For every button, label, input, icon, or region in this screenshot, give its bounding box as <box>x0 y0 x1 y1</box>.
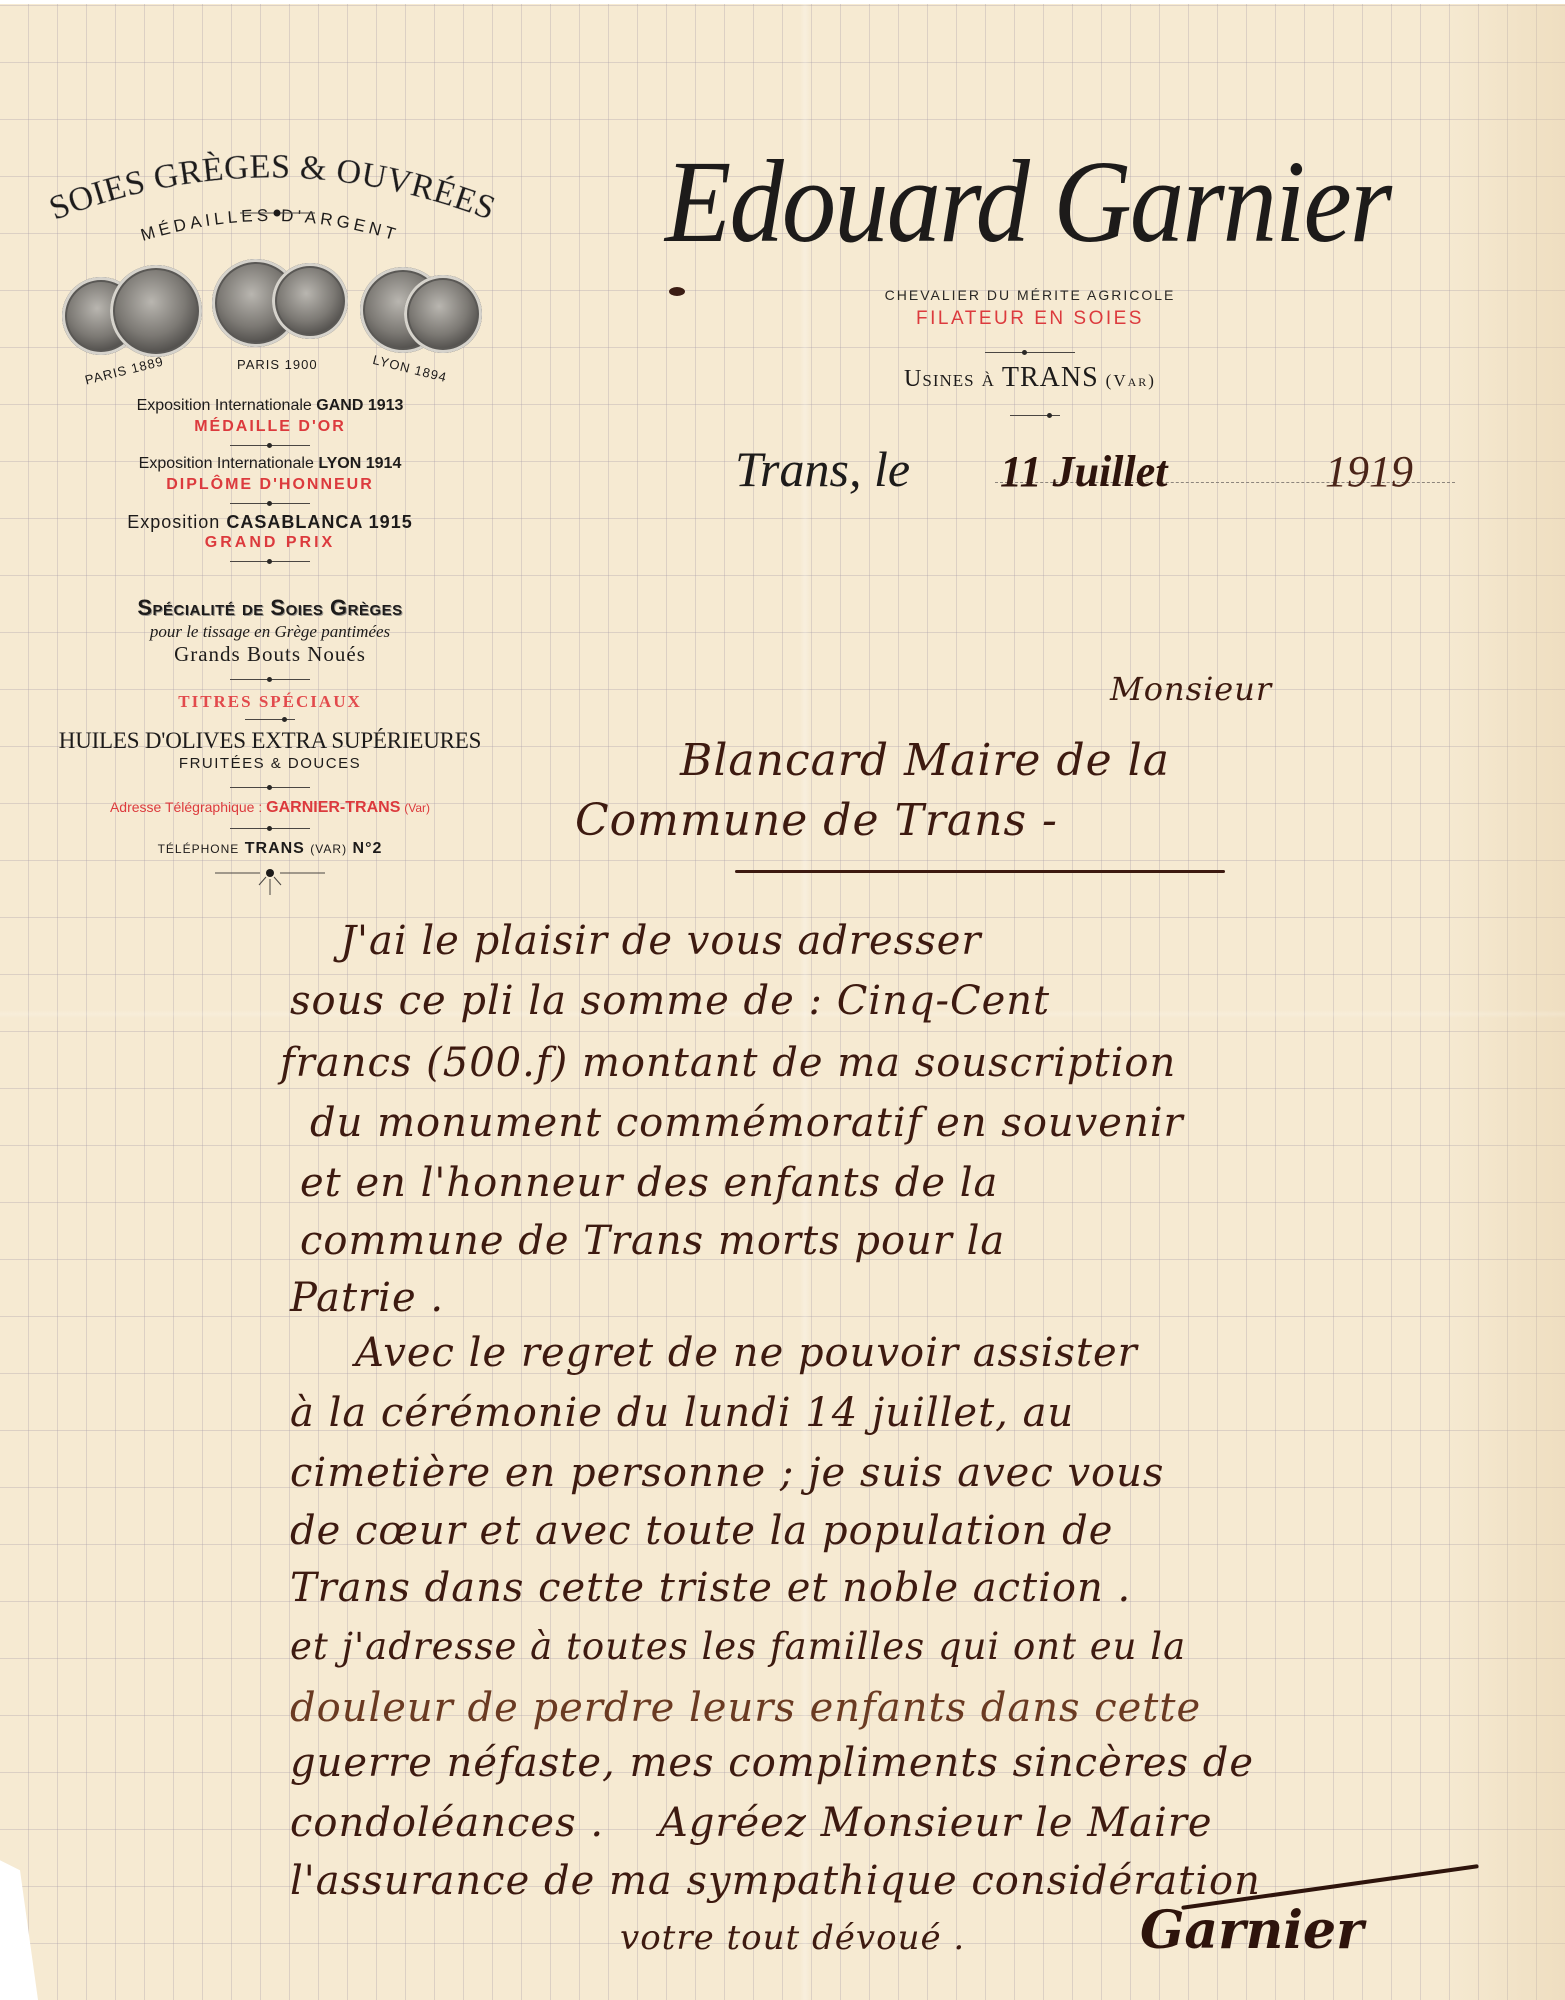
factory-region: (Var) <box>1106 371 1156 390</box>
telephone-label: Téléphone <box>158 842 240 856</box>
divider-ornament <box>245 716 295 724</box>
divider-ornament <box>230 500 310 508</box>
body-line: condoléances . Agréez Monsieur le Maire <box>290 1800 1213 1846</box>
body-line: guerre néfaste, mes compliments sincères… <box>290 1740 1254 1786</box>
divider-ornament <box>230 784 310 792</box>
brand-name-script: Edouard Garnier <box>665 112 1392 292</box>
specialty-title: Spécialité de Soies Grèges <box>40 594 500 622</box>
divider-ornament <box>985 349 1075 357</box>
award-medaille-dor: MÉDAILLE D'OR <box>40 416 500 438</box>
expo-prefix: Exposition Internationale <box>137 397 312 414</box>
expo-place-year: LYON 1914 <box>318 455 401 472</box>
honor-title: CHEVALIER DU MÉRITE AGRICOLE <box>780 287 1280 303</box>
separator-stroke <box>735 870 1225 873</box>
telephone-line: Téléphone TRANS (Var) N°2 <box>40 839 500 859</box>
date-place-printed: Trans, le <box>735 440 910 498</box>
date-year: 1919 <box>1325 446 1413 497</box>
factory-prefix: Usines à <box>904 366 995 392</box>
expo-prefix: Exposition Internationale <box>139 455 314 472</box>
titres-speciaux: TITRES SPÉCIAUX <box>40 692 500 712</box>
telephone-town: TRANS <box>245 840 305 857</box>
telegraph-label: Adresse Télégraphique : <box>110 799 262 815</box>
profession-title: FILATEUR EN SOIES <box>780 308 1280 330</box>
body-line: Avec le regret de ne pouvoir assister <box>355 1330 1138 1376</box>
svg-text:MÉDAILLES D'ARGENT: MÉDAILLES D'ARGENT <box>139 206 402 245</box>
recipient-line-2: Commune de Trans - <box>575 795 1058 846</box>
letterhead-arc-title: SOIES GRÈGES & OUVRÉES MÉDAILLES D'ARGEN… <box>40 145 500 255</box>
factory-location: Usines à TRANS (Var) <box>780 362 1280 394</box>
telegraph-value: GARNIER-TRANS <box>266 799 400 816</box>
telephone-region: (Var) <box>310 842 347 856</box>
medal-icon <box>272 263 348 339</box>
award-grand-prix: GRAND PRIX <box>40 532 500 554</box>
date-line: Trans, le 11 Juillet 1919 <box>735 440 1455 510</box>
divider-ornament <box>230 442 310 450</box>
medal-label-paris-1900: PARIS 1900 <box>237 357 318 372</box>
expo-line-casablanca: Exposition CASABLANCA 1915 <box>40 512 500 532</box>
date-day-month: 11 Juillet <box>1000 446 1167 497</box>
expositions-block: Exposition Internationale GAND 1913 MÉDA… <box>40 396 500 570</box>
divider-ornament <box>1010 412 1060 420</box>
divider-ornament <box>230 825 310 833</box>
body-line: J'ai le plaisir de vous adresser <box>340 918 982 964</box>
arc-title-text: SOIES GRÈGES & OUVRÉES <box>44 148 500 227</box>
body-line: cimetière en personne ; je suis avec vou… <box>290 1450 1164 1496</box>
specialty-italic-line: pour le tissage en Grège pantimées <box>40 622 500 642</box>
expo-place-year: CASABLANCA 1915 <box>226 512 412 532</box>
specialty-plain-line: Grands Bouts Noués <box>40 642 500 666</box>
expo-line-gand: Exposition Internationale GAND 1913 <box>40 396 500 416</box>
expo-prefix: Exposition <box>127 512 220 532</box>
oils-title: HUILES D'OLIVES EXTRA SUPÉRIEURES <box>40 728 500 754</box>
star-ornament-icon <box>215 865 325 895</box>
telegraph-region: (Var) <box>404 801 430 815</box>
body-line: douleur de perdre leurs enfants dans cet… <box>290 1685 1201 1731</box>
body-line: à la cérémonie du lundi 14 juillet, au <box>290 1390 1074 1436</box>
medal-icon <box>110 265 202 357</box>
closing-line: votre tout dévoué . <box>620 1918 965 1958</box>
body-line: et j'adresse à toutes les familles qui o… <box>290 1625 1186 1668</box>
specialty-block: Spécialité de Soies Grèges pour le tissa… <box>40 594 500 895</box>
medals-heading-text: MÉDAILLES D'ARGENT <box>139 206 402 245</box>
body-line: francs (500.f) montant de ma souscriptio… <box>280 1040 1176 1086</box>
body-line: Patrie . <box>290 1275 444 1321</box>
medal-icon <box>404 275 482 353</box>
body-line: l'assurance de ma sympathique considérat… <box>290 1858 1261 1904</box>
divider-ornament <box>230 558 310 566</box>
expo-place-year: GAND 1913 <box>316 397 403 414</box>
body-line: sous ce pli la somme de : Cinq-Cent <box>290 978 1050 1024</box>
body-line: et en l'honneur des enfants de la <box>300 1160 998 1206</box>
oils-subtitle: FRUITÉES & DOUCES <box>40 754 500 774</box>
signature: Garnier <box>1140 1900 1364 1961</box>
ink-blot <box>669 287 685 296</box>
body-line: de cœur et avec toute la population de <box>290 1508 1113 1554</box>
salutation: Monsieur <box>1110 670 1272 708</box>
svg-text:SOIES GRÈGES & OUVRÉES: SOIES GRÈGES & OUVRÉES <box>44 148 500 227</box>
recipient-line-1: Blancard Maire de la <box>680 735 1170 786</box>
body-line: Trans dans cette triste et noble action … <box>290 1565 1131 1611</box>
body-line: du monument commémoratif en souvenir <box>310 1100 1184 1146</box>
medals-illustration: PARIS 1889 PARIS 1900 LYON 1894 <box>62 255 482 375</box>
telephone-number: N°2 <box>353 840 383 857</box>
award-diplome-honneur: DIPLÔME D'HONNEUR <box>40 474 500 496</box>
expo-line-lyon: Exposition Internationale LYON 1914 <box>40 454 500 474</box>
telegraph-address: Adresse Télégraphique : GARNIER-TRANS (V… <box>40 798 500 817</box>
divider-ornament <box>230 676 310 684</box>
body-line: commune de Trans morts pour la <box>300 1218 1005 1264</box>
factory-town: TRANS <box>1002 362 1099 393</box>
